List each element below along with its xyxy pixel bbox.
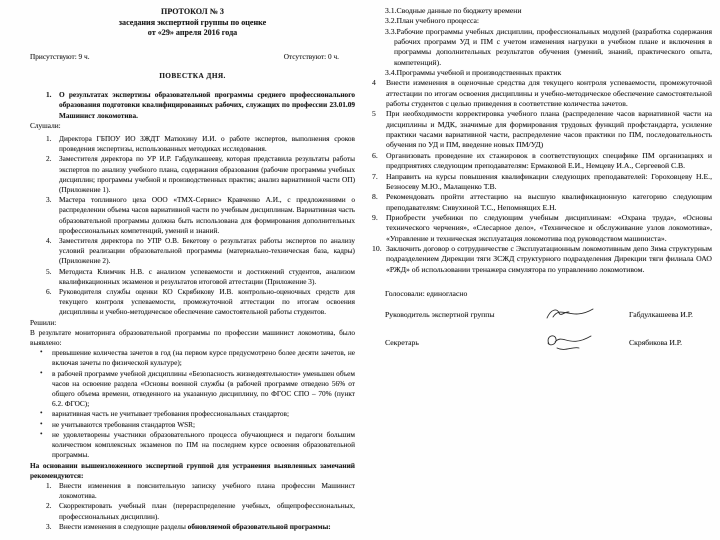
item-text: Мастера топливного цеха ООО «ТМХ-Сервис»…: [59, 195, 355, 235]
list-item: 2. Заместителя директора по УР И.Р. Габд…: [46, 154, 355, 195]
item-text: При необходимости корректировка учебного…: [386, 109, 712, 149]
item-text: Руководителя службы оценки КО Скрябикову…: [59, 287, 355, 316]
signature-role: Секретарь: [385, 338, 533, 348]
signature-role: Руководитель экспертной группы: [385, 310, 533, 320]
item-number: 2.: [46, 501, 51, 511]
recommendations-list: 1. Внести изменения в пояснительную запи…: [46, 481, 355, 532]
bullet-text: не учитываются требования стандартов WSR…: [52, 420, 195, 429]
list-item: 1. Внести изменения в пояснительную запи…: [46, 481, 355, 501]
subsection-list: 3.1.Сводные данные по бюджету времени 3.…: [385, 6, 712, 78]
present-count: Присутствуют: 9 ч.: [30, 52, 90, 62]
page-right: 3.1.Сводные данные по бюджету времени 3.…: [360, 0, 720, 540]
absent-count: Отсутствуют: 0 ч.: [284, 52, 339, 62]
list-item: 5. Методиста Климчик Н.В. с анализом усп…: [46, 267, 355, 287]
attendance-row: Присутствуют: 9 ч. Отсутствуют: 0 ч.: [30, 52, 355, 62]
decided-section-label: Решили:: [30, 318, 355, 328]
item-number: 1.: [46, 134, 51, 144]
bullet-icon: •: [40, 347, 43, 357]
item-number: 9.: [372, 213, 378, 223]
list-item: 2. Скорректировать учебный план (перерас…: [46, 501, 355, 521]
bullet-item: • в рабочей программе учебной дисциплины…: [36, 369, 355, 410]
decided-intro: В результате мониторинга образовательной…: [30, 328, 355, 348]
item-text: Приобрести учебники по следующим учебным…: [386, 213, 712, 243]
item-number: 6.: [372, 151, 378, 161]
agenda-item: 1. О результатах экспертизы образователь…: [46, 90, 355, 121]
protocol-scan-document: ПРОТОКОЛ № 3 заседания экспертной группы…: [0, 0, 720, 540]
bullet-item: • превышение количества зачетов в год (н…: [36, 348, 355, 368]
bullet-item: • не учитываются требования стандартов W…: [36, 420, 355, 430]
item-number: 3.: [46, 195, 51, 205]
item-number: 3.: [46, 522, 51, 532]
leader-signature-icon: [533, 303, 621, 327]
agenda-list: 1. О результатах экспертизы образователь…: [46, 90, 355, 121]
list-item: 4 Внести изменения в оценочные средства …: [370, 78, 712, 109]
bullet-text: в рабочей программе учебной дисциплины «…: [52, 369, 355, 409]
item-number: 4.: [46, 236, 51, 246]
item-text: Методиста Климчик Н.В. с анализом успева…: [59, 267, 355, 286]
item-number: 5.: [46, 267, 51, 277]
heard-section-label: Слушали:: [30, 121, 355, 131]
agenda-item-text: О результатах экспертизы образовательной…: [59, 90, 355, 119]
bullet-text: превышение количества зачетов в год (на …: [52, 348, 355, 367]
item-number: 5: [372, 109, 376, 119]
sub-item: 3.1.Сводные данные по бюджету времени: [385, 6, 712, 16]
item-text: Организовать проведение их стажировок в …: [386, 151, 712, 170]
agenda-heading: ПОВЕСТКА ДНЯ.: [30, 71, 355, 81]
item-text: Рекомендовать пройти аттестацию на высшу…: [386, 192, 712, 211]
resolution-list: 4 Внести изменения в оценочные средства …: [370, 78, 712, 275]
item-number: 10.: [372, 244, 382, 254]
agenda-item-number: 1.: [46, 90, 51, 100]
sub-item: 3.2.План учебного процесса:: [385, 16, 712, 26]
item-number: 6.: [46, 287, 51, 297]
list-item: 5 При необходимости корректировка учебно…: [370, 109, 712, 150]
item-text: Заключить договор о сотрудничестве с Экс…: [386, 244, 712, 274]
item-text: Скорректировать учебный план (перераспре…: [59, 501, 355, 520]
vote-result: Голосовали: единогласно: [385, 289, 712, 299]
signature-row: Руководитель экспертной группы Габдулкаш…: [385, 303, 712, 327]
item-text: Внести изменения в оценочные средства дл…: [386, 78, 712, 108]
bullet-icon: •: [40, 419, 43, 429]
signature-name: Габдулкашеева И.Р.: [629, 310, 693, 320]
item-text-bold: обновляемой образовательной программы:: [188, 522, 331, 531]
item-number: 2.: [46, 154, 51, 164]
item-text: Направить на курсы повышения квалификаци…: [386, 172, 712, 191]
secretary-signature-icon: [533, 331, 621, 355]
list-item: 3. Внести изменения в следующие разделы …: [46, 522, 355, 532]
recommendations-heading: На основании вышеизложенного экспертной …: [30, 461, 355, 481]
page-left: ПРОТОКОЛ № 3 заседания экспертной группы…: [0, 0, 360, 540]
page-date: от «29» апреля 2016 года: [30, 28, 355, 39]
item-text: Заместителя директора по УПР О.В. Бекето…: [59, 236, 355, 265]
bullet-text: вариативная часть не учитывает требовани…: [52, 409, 289, 418]
heard-list: 1. Директора ГБПОУ ИО ЗЖДТ Матюхину И.И.…: [46, 134, 355, 318]
page-subtitle: заседания экспертной группы по оценке: [30, 18, 355, 29]
item-text: Внести изменения в следующие разделы: [59, 522, 188, 531]
page-title: ПРОТОКОЛ № 3: [30, 7, 355, 18]
bullet-item: • вариативная часть не учитывает требова…: [36, 409, 355, 419]
list-item: 9. Приобрести учебники по следующим учеб…: [370, 213, 712, 244]
item-number: 7.: [372, 172, 378, 182]
signature-row: Секретарь Скрябикова И.Р.: [385, 331, 712, 355]
list-item: 8. Рекомендовать пройти аттестацию на вы…: [370, 192, 712, 213]
item-number: 1.: [46, 481, 51, 491]
list-item: 10. Заключить договор о сотрудничестве с…: [370, 244, 712, 275]
findings-list: • превышение количества зачетов в год (н…: [36, 348, 355, 460]
bullet-item: • не удовлетворены участники образовател…: [36, 430, 355, 461]
list-item: 6. Руководителя службы оценки КО Скрябик…: [46, 287, 355, 318]
list-item: 1. Директора ГБПОУ ИО ЗЖДТ Матюхину И.И.…: [46, 134, 355, 154]
list-item: 6. Организовать проведение их стажировок…: [370, 151, 712, 172]
sub-item: 3.3.Рабочие программы учебных дисциплин,…: [385, 27, 712, 68]
sub-item: 3.4.Программы учебной и производственных…: [385, 68, 712, 78]
item-text: Заместителя директора по УР И.Р. Габдулк…: [59, 154, 355, 194]
bullet-icon: •: [40, 408, 43, 418]
item-text: Внести изменения в пояснительную записку…: [59, 481, 355, 500]
item-number: 4: [372, 78, 376, 88]
list-item: 3. Мастера топливного цеха ООО «ТМХ-Серв…: [46, 195, 355, 236]
bullet-icon: •: [40, 368, 43, 378]
item-number: 8.: [372, 192, 378, 202]
item-text: Директора ГБПОУ ИО ЗЖДТ Матюхину И.И. о …: [59, 134, 355, 153]
bullet-text: не удовлетворены участники образовательн…: [52, 430, 355, 459]
bullet-icon: •: [40, 429, 43, 439]
list-item: 4. Заместителя директора по УПР О.В. Бек…: [46, 236, 355, 267]
signature-name: Скрябикова И.Р.: [629, 338, 682, 348]
list-item: 7. Направить на курсы повышения квалифик…: [370, 172, 712, 193]
